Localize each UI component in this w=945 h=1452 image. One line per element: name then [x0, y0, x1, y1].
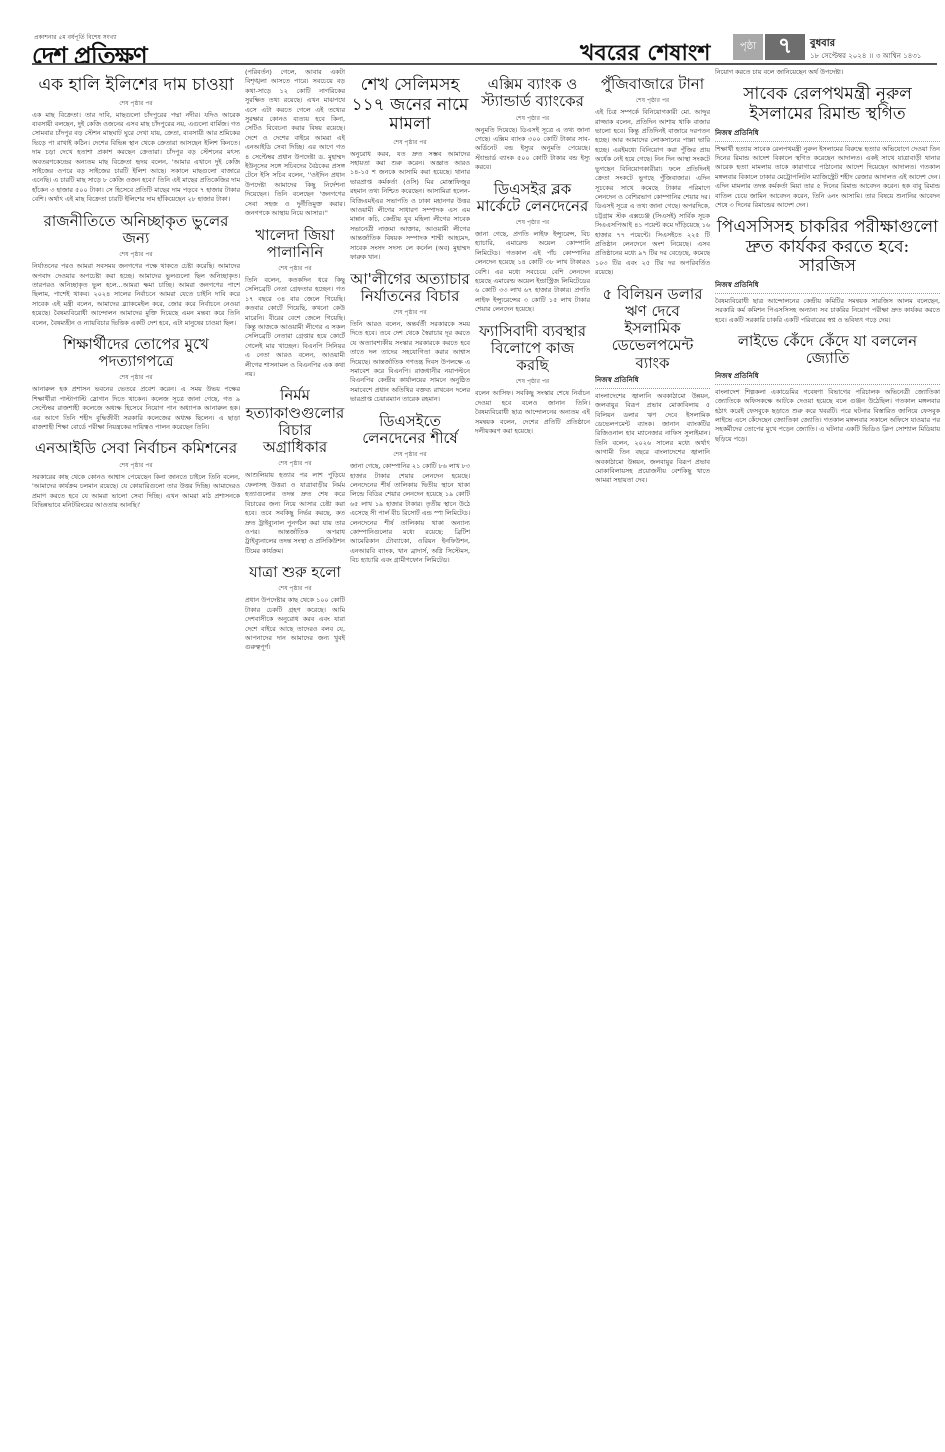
page-label: পৃষ্ঠা	[733, 34, 763, 60]
masthead-rule	[32, 63, 937, 65]
headline: পুঁজিবাজারে টানা	[595, 76, 710, 93]
story-body: বলেন আসিফ। সবকিছু সংস্কার শেষে নির্বাচন …	[475, 389, 590, 436]
jump-line: শেষ পৃষ্ঠার পর	[475, 113, 590, 124]
headline: ডিএসইতে লেনদেনের শীর্ষে	[350, 413, 470, 448]
jump-line: শেষ পৃষ্ঠার পর	[350, 449, 470, 460]
headline: পিএসসিসহ চাকরির পরীক্ষাগুলো দ্রুত কার্যক…	[715, 218, 940, 277]
story-trial: নির্মম হত্যাকাণ্ডগুলোর বিচার অগ্রাধিকার …	[245, 387, 345, 556]
story-idb: ৫ বিলিয়ন ডলার ঋণ দেবে ইসলামিক ডেভেলপমেন…	[595, 286, 710, 486]
story-khaleda: খালেদা জিয়া পালানিনি শেষ পৃষ্ঠার পর তিন…	[245, 227, 345, 380]
headline: আ'লীগের অত্যাচার নির্যাতনের বিচার	[350, 271, 470, 306]
jump-line: শেষ পৃষ্ঠার পর	[245, 583, 345, 594]
story-body: অনুরোধ করব, যত দ্রুত সম্ভব আমাদের সহায়ত…	[350, 150, 470, 263]
story-fascist: ফ্যাসিবাদী ব্যবস্থার বিলোপে কাজ করছি শেষ…	[475, 323, 590, 437]
lead-line: নিয়োগ করতে চায় বলে জানিয়েছেন অর্থ উপদ…	[715, 68, 940, 77]
story-teachers: শিক্ষার্থীদের তোপের মুখে পদত্যাগপত্রে শে…	[32, 336, 240, 433]
headline: যাত্রা শুরু হলো	[245, 564, 345, 581]
jump-line: শেষ পৃষ্ঠার পর	[475, 376, 590, 387]
headline: শিক্ষার্থীদের তোপের মুখে পদত্যাগপত্রে	[32, 336, 240, 371]
page-number: ৭	[765, 34, 805, 60]
story-atrocity: আ'লীগের অত্যাচার নির্যাতনের বিচার শেষ পৃ…	[350, 271, 470, 405]
headline: ৫ বিলিয়ন ডলার ঋণ দেবে ইসলামিক ডেভেলপমেন…	[595, 286, 710, 372]
story-body: এই চিত্র সম্পর্কে বিনিয়োগকারী মো. আব্দু…	[595, 108, 710, 277]
story-body: তিনি বলেন, কতকদিন ধরে কিছু সেলিব্রেটি নে…	[245, 276, 345, 379]
story-psc: পিএসসিসহ চাকরির পরীক্ষাগুলো দ্রুত কার্যক…	[715, 218, 940, 325]
story-body: এক মাছ বিক্রেতা। তার দাবি, মাছগুলো চাঁদপ…	[32, 111, 240, 205]
jump-line: শেষ পৃষ্ঠার পর	[475, 217, 590, 228]
jump-line: শেষ পৃষ্ঠার পর	[32, 249, 240, 260]
story-nid: এনআইডি সেবা নির্বাচন কমিশনের শেষ পৃষ্ঠার…	[32, 440, 240, 510]
story-body: শিক্ষার্থী হত্যায় সাবেক রেলপথমন্ত্রী নু…	[715, 145, 940, 211]
headline: এক হালি ইলিশের দাম চাওয়া	[32, 76, 240, 96]
story-body: জানা গেছে, কোম্পানির ২১ কোটি ৮৬ লাখ ৮৩ হ…	[350, 462, 470, 565]
headline: এনআইডি সেবা নির্বাচন কমিশনের	[32, 440, 240, 457]
story-body: বাংলাদেশ শিল্পকলা একাডেমির গবেষণা বিভাগে…	[715, 388, 940, 444]
column-3b: পুঁজিবাজারে টানা শেষ পৃষ্ঠার পর এই চিত্র…	[595, 68, 710, 1444]
column-3a: এক্সিম ব্যাংক ও স্ট্যান্ডার্ড ব্যাংকের শ…	[475, 68, 590, 1444]
jump-line: শেষ পৃষ্ঠার পর	[595, 95, 710, 106]
column-2a: (পরিবর্তন) গেলে, আবার একটা বিশৃঙ্খলা আসত…	[245, 68, 345, 1444]
story-politics: রাজনীতিতে অনিচ্ছাকৃত ভুলের জন্য শেষ পৃষ্…	[32, 213, 240, 328]
story-body: অনুমতি দিয়েছে। ডিএসই সূত্রে এ তথ্য জানা…	[475, 126, 590, 173]
headline: সাবেক রেলপথমন্ত্রী নূরুল ইসলামের রিমান্ড…	[715, 85, 940, 124]
column-1: এক হালি ইলিশের দাম চাওয়া শেষ পৃষ্ঠার পর…	[32, 68, 240, 1444]
jump-line: শেষ পৃষ্ঠার পর	[245, 458, 345, 469]
story-body: নির্যাতনের পরও আমরা সবসময় জনগণের পক্ষে …	[32, 262, 240, 328]
headline: শেখ সেলিমসহ ১১৭ জনের নামে মামলা	[350, 76, 470, 135]
story-nid-continued: (পরিবর্তন) গেলে, আবার একটা বিশৃঙ্খলা আসত…	[245, 68, 345, 219]
headline: ডিএসইর ব্লক মার্কেটে লেনদেনের	[475, 181, 590, 216]
story-body: বাংলাদেশের জ্বালানি অবকাঠামো উন্নয়ন, জল…	[595, 392, 710, 486]
column-4: নিয়োগ করতে চায় বলে জানিয়েছেন অর্থ উপদ…	[715, 68, 940, 1444]
jump-line: শেষ পৃষ্ঠার পর	[32, 372, 240, 383]
jump-line: শেষ পৃষ্ঠার পর	[32, 98, 240, 109]
headline: ফ্যাসিবাদী ব্যবস্থার বিলোপে কাজ করছি	[475, 323, 590, 375]
story-dse: ডিএসইতে লেনদেনের শীর্ষে শেষ পৃষ্ঠার পর জ…	[350, 413, 470, 566]
story-market: পুঁজিবাজারে টানা শেষ পৃষ্ঠার পর এই চিত্র…	[595, 76, 710, 278]
story-hilsa: এক হালি ইলিশের দাম চাওয়া শেষ পৃষ্ঠার পর…	[32, 76, 240, 205]
story-body: আশুলিয়ায় হত্যার পর লাশ পুড়িয়ে ফেলাসহ…	[245, 471, 345, 556]
masthead: প্রকাশনার ৫ম বর্ষপূর্তি বিশেষ সংখ্যা দেশ…	[0, 0, 945, 52]
headline: এক্সিম ব্যাংক ও স্ট্যান্ডার্ড ব্যাংকের	[475, 76, 590, 111]
story-exim: এক্সিম ব্যাংক ও স্ট্যান্ডার্ড ব্যাংকের শ…	[475, 76, 590, 173]
byline: নিজস্ব প্রতিনিধি	[715, 127, 940, 142]
byline: নিজস্ব প্রতিনিধি	[715, 370, 940, 385]
jump-line: শেষ পৃষ্ঠার পর	[245, 263, 345, 274]
date-line: ১৮ সেপ্টেম্বর ২০২৪ ।। ৩ আশ্বিন ১৪৩১	[810, 50, 921, 62]
jump-line: শেষ পৃষ্ঠার পর	[350, 307, 470, 318]
byline: নিজস্ব প্রতিনিধি	[595, 374, 710, 389]
story-railminister: নিয়োগ করতে চায় বলে জানিয়েছেন অর্থ উপদ…	[715, 68, 940, 210]
story-selim: শেখ সেলিমসহ ১১৭ জনের নামে মামলা শেষ পৃষ্…	[350, 76, 470, 263]
headline: লাইভে কেঁদে কেঁদে যা বললেন জ্যোতি	[715, 333, 940, 368]
jump-line: শেষ পৃষ্ঠার পর	[350, 137, 470, 148]
story-body: আনারুল হক প্রশাসন ভবনের ভেতরে প্রবেশ করে…	[32, 385, 240, 432]
headline: খালেদা জিয়া পালানিনি	[245, 227, 345, 262]
story-body: তিনি আরও বলেন, অন্তর্বর্তী সরকারকে সময় …	[350, 320, 470, 405]
headline: নির্মম হত্যাকাণ্ডগুলোর বিচার অগ্রাধিকার	[245, 387, 345, 456]
story-body: বৈষম্যবিরোধী ছাত্র আন্দোলনের কেন্দ্রীয় …	[715, 297, 940, 325]
story-body: প্রধান উপদেষ্টার কাছ থেকে ১০০ কোটি টাকার…	[245, 596, 345, 652]
story-body: জানা গেছে, প্রগতি লাইফ ইন্স্যুরেন্স, বিচ…	[475, 230, 590, 315]
byline: নিজস্ব প্রতিনিধি	[715, 279, 940, 294]
column-2b: শেখ সেলিমসহ ১১৭ জনের নামে মামলা শেষ পৃষ্…	[350, 68, 470, 1444]
headline: রাজনীতিতে অনিচ্ছাকৃত ভুলের জন্য	[32, 213, 240, 248]
story-jyoti: লাইভে কেঁদে কেঁদে যা বললেন জ্যোতি নিজস্ব…	[715, 333, 940, 444]
story-journey: যাত্রা শুরু হলো শেষ পৃষ্ঠার পর প্রধান উপ…	[245, 564, 345, 653]
story-block: ডিএসইর ব্লক মার্কেটে লেনদেনের শেষ পৃষ্ঠা…	[475, 181, 590, 315]
jump-line: শেষ পৃষ্ঠার পর	[32, 460, 240, 471]
story-body: সরকারের কাছ থেকে কোনও আশ্বাস পেয়েছেন কি…	[32, 473, 240, 511]
story-body: (পরিবর্তন) গেলে, আবার একটা বিশৃঙ্খলা আসত…	[245, 68, 345, 219]
